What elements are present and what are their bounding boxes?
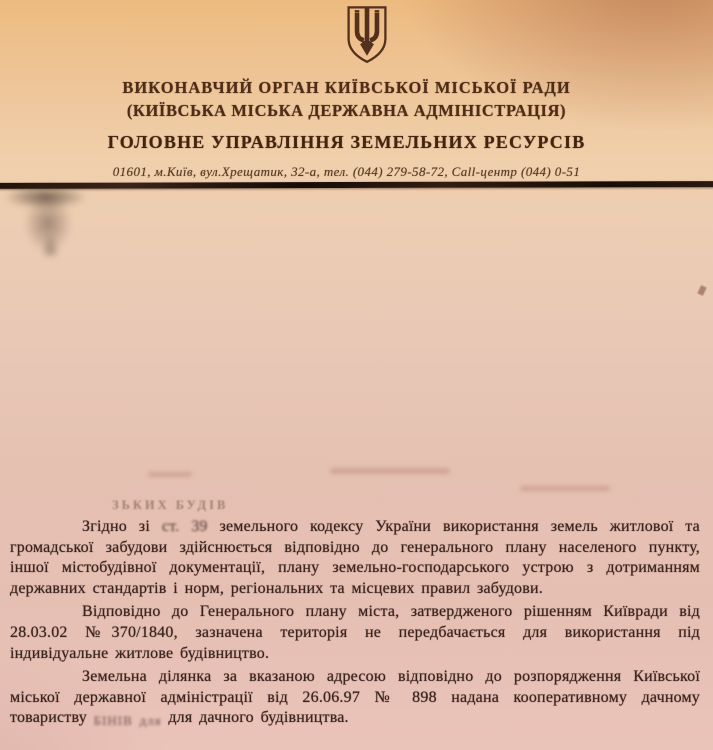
paragraph-3-suffix: для дачного будівництва.: [168, 709, 348, 726]
ink-smudge: [0, 184, 120, 256]
bleedthrough-smear: [330, 468, 450, 474]
bleedthrough-smear: [520, 486, 610, 491]
org-name-line2: (КИЇВСЬКА МІСЬКА ДЕРЖАВНА АДМІНІСТРАЦІЯ): [24, 101, 669, 121]
ukraine-trident-icon: [344, 5, 390, 65]
paragraph-1-prefix: Згідно зі: [82, 518, 150, 535]
department-name: ГОЛОВНЕ УПРАВЛІННЯ ЗЕМЕЛЬНИХ РЕСУРСІВ: [24, 132, 669, 153]
contact-address-line: 01601, м.Київ, вул.Хрещатик, 32-а, тел. …: [24, 164, 669, 180]
bleedthrough-text: ЗЬКИХ БУДІВ: [112, 498, 228, 513]
org-name-line1: ВИКОНАВЧИЙ ОРГАН КИЇВСЬКОЇ МІСЬКОЇ РАДИ: [24, 78, 669, 98]
paragraph-3: Земельна ділянка за вказаною адресою від…: [10, 667, 700, 729]
bleedthrough-smear: [148, 472, 192, 477]
paragraph-3-bleedthrough-text: БІНІВ для: [94, 713, 162, 728]
photo-artifact-speck: [697, 285, 706, 296]
paragraph-1: Згідно зі ст. 39 земельного кодексу Укра…: [10, 517, 700, 599]
letter-body: Згідно зі ст. 39 земельного кодексу Укра…: [10, 517, 700, 732]
document-photo: ВИКОНАВЧИЙ ОРГАН КИЇВСЬКОЇ МІСЬКОЇ РАДИ …: [0, 0, 713, 750]
paragraph-1-smudged-reference: ст. 39: [162, 518, 208, 535]
paragraph-2: Відповідно до Генерального плану міста, …: [10, 602, 700, 664]
